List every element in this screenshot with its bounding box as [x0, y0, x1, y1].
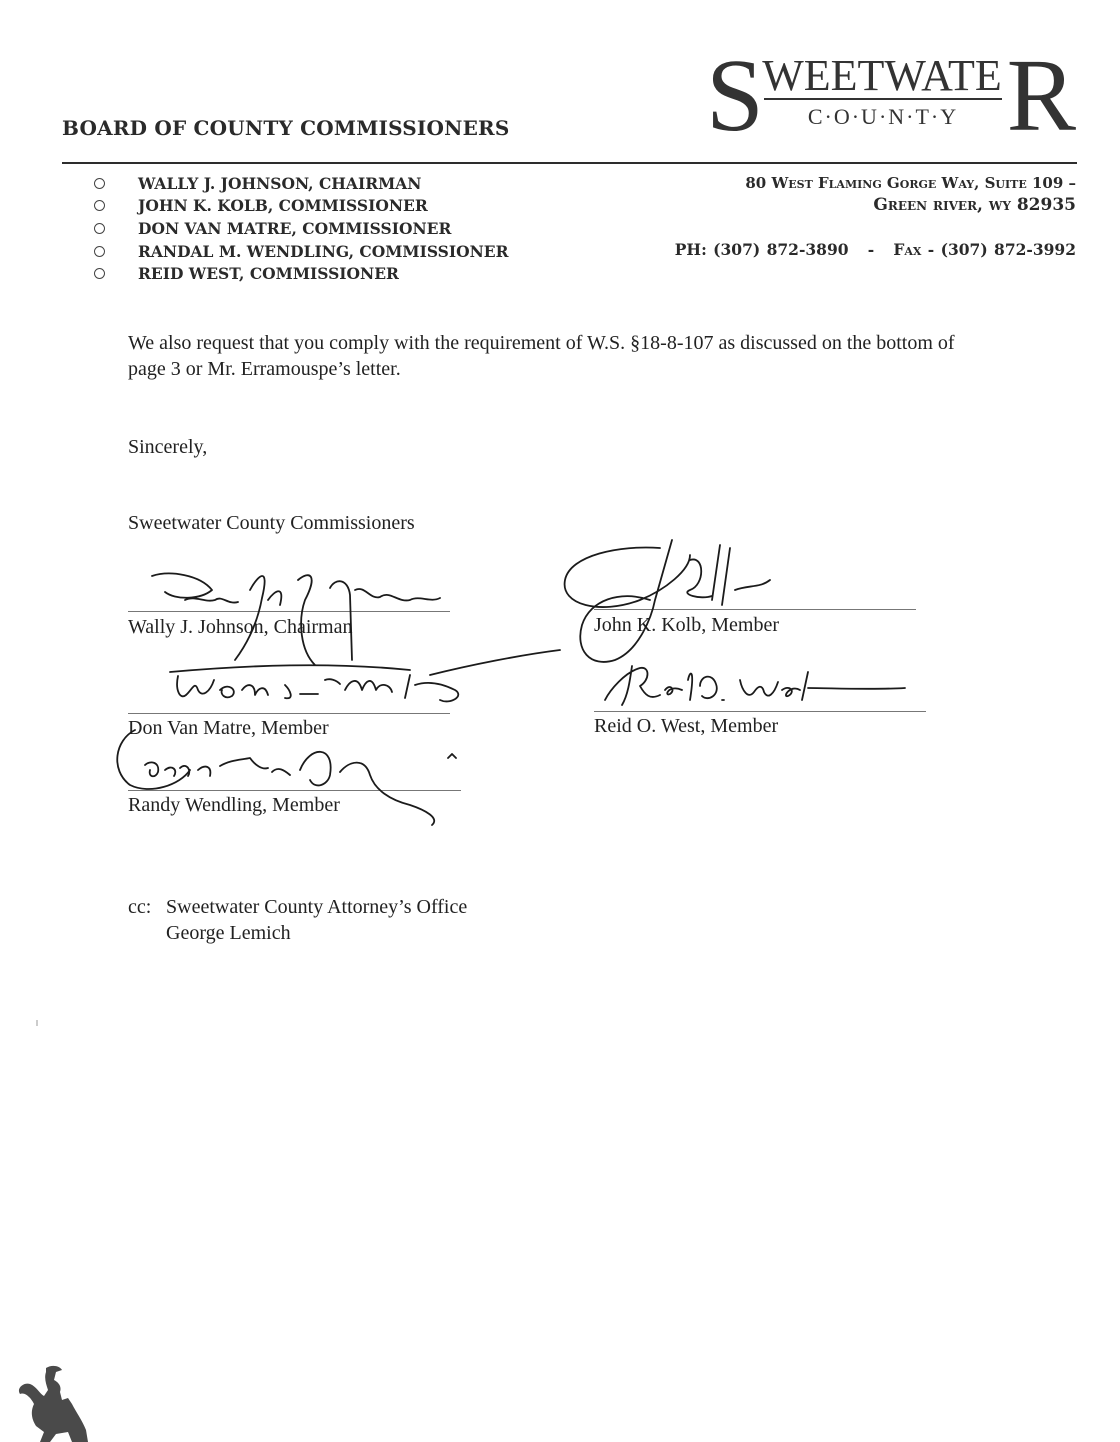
- cc-label: cc:: [128, 894, 166, 920]
- signature-west-icon: [605, 666, 905, 705]
- signature-vanmatre-icon: [170, 665, 458, 701]
- signature-wendling-icon: [117, 730, 456, 825]
- cc-recipient: George Lemich: [128, 920, 467, 946]
- bucking-horse-rider-icon: [10, 1360, 90, 1442]
- handwritten-signatures: [0, 0, 1120, 1442]
- scan-speck: [36, 1020, 38, 1026]
- cc-recipient: Sweetwater County Attorney’s Office: [166, 896, 467, 918]
- cc-block: cc:Sweetwater County Attorney’s Office G…: [128, 894, 467, 946]
- signature-johnson-icon: [152, 574, 440, 665]
- signature-kolb-icon: [430, 540, 770, 675]
